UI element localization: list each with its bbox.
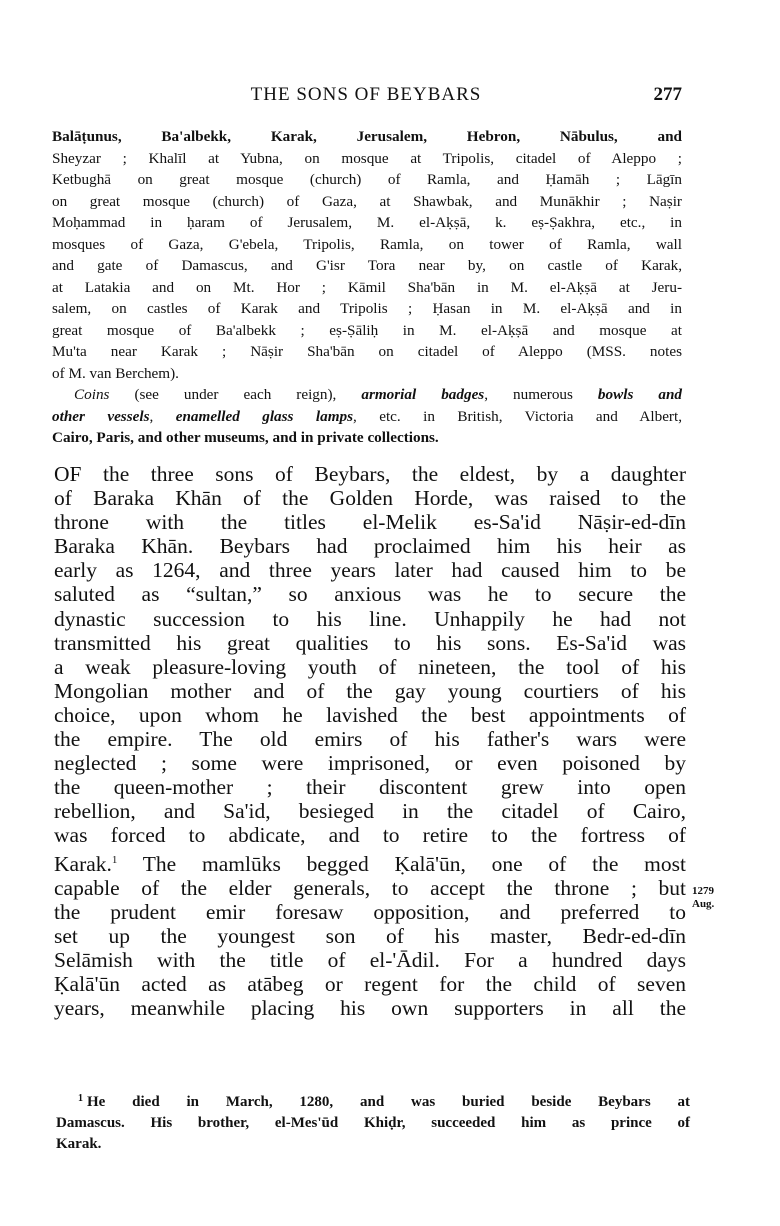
- body-line: saluted as “sultan,” so anxious was he t…: [54, 582, 686, 606]
- note-line: Ketbughā on great mosque (church) of Ram…: [52, 169, 682, 191]
- running-head: THE SONS OF BEYBARS 277: [50, 84, 682, 110]
- body-line: choice, upon whom he lavished the best a…: [54, 703, 686, 727]
- body-line: set up the youngest son of his master, B…: [54, 924, 686, 948]
- vessels-term: other vessels: [52, 408, 150, 425]
- footnote: 1He died in March, 1280, and was buried …: [56, 1088, 690, 1155]
- note-line: mosques of Gaza, G'ebela, Tripolis, Raml…: [52, 234, 682, 256]
- karak-rest-text: The mamlūks begged Ḳalā'ūn, one of the m…: [117, 852, 686, 876]
- margin-date-note: 1279 Aug.: [692, 885, 714, 911]
- bowls-term: bowls and: [598, 386, 682, 403]
- monuments-note: Balāṭunus, Ba'albekk, Karak, Jerusalem, …: [52, 126, 682, 449]
- note-line: at Latakia and on Mt. Hor ; Kāmil Sha'bā…: [52, 277, 682, 299]
- note-line: great mosque of Ba'albekk ; eṣ-Ṣāliḥ in …: [52, 320, 682, 342]
- body-line: throne with the titles el-Melik es-Sa'id…: [54, 510, 686, 534]
- body-line: Mongolian mother and of the gay young co…: [54, 679, 686, 703]
- body-line: Ḳalā'ūn acted as atābeg or regent for th…: [54, 972, 686, 996]
- footnote-text: He died in March, 1280, and was buried b…: [87, 1094, 690, 1110]
- body-line: of Baraka Khān of the Golden Horde, was …: [54, 486, 686, 510]
- note-line: Balāṭunus, Ba'albekk, Karak, Jerusalem, …: [52, 126, 682, 148]
- note-line: on great mosque (church) of Gaza, at Sha…: [52, 191, 682, 213]
- body-line: the queen-mother ; their discontent grew…: [54, 775, 686, 799]
- body-line: dynastic succession to his line. Unhappi…: [54, 607, 686, 631]
- body-line: transmitted his great qualities to his s…: [54, 631, 686, 655]
- footnote-line: Karak.: [56, 1134, 690, 1155]
- body-line: years, meanwhile placing his own support…: [54, 996, 686, 1020]
- coins-line: other vessels, enamelled glass lamps, et…: [52, 406, 682, 428]
- margin-month: Aug.: [692, 898, 714, 911]
- running-title: THE SONS OF BEYBARS: [50, 84, 682, 106]
- coins-line: Coins (see under each reign), armorial b…: [52, 384, 682, 406]
- margin-year: 1279: [692, 885, 714, 898]
- coins-text: (see under each reign),: [109, 386, 361, 403]
- note-line: salem, on castles of Karak and Tripolis …: [52, 298, 682, 320]
- body-line: early as 1264, and three years later had…: [54, 558, 686, 582]
- body-line: a weak pleasure-loving youth of nineteen…: [54, 655, 686, 679]
- note-line: of M. van Berchem).: [52, 363, 682, 385]
- page-number: 277: [654, 84, 683, 106]
- karak-text: Karak.: [54, 852, 112, 876]
- footnote-mark: 1: [78, 1093, 83, 1104]
- coins-text: , numerous: [484, 386, 598, 403]
- coins-text: , etc. in British, Victoria and Albert,: [353, 408, 682, 425]
- book-page: THE SONS OF BEYBARS 277 Balāṭunus, Ba'al…: [0, 0, 780, 1226]
- coins-term: Coins: [74, 386, 109, 403]
- body-line: neglected ; some were imprisoned, or eve…: [54, 751, 686, 775]
- body-line: Baraka Khān. Beybars had proclaimed him …: [54, 534, 686, 558]
- coins-line: Cairo, Paris, and other museums, and in …: [52, 427, 682, 449]
- body-line: capable of the elder generals, to accept…: [54, 876, 686, 900]
- note-line: and gate of Damascus, and G'isr Tora nea…: [52, 255, 682, 277]
- footnote-line: 1He died in March, 1280, and was buried …: [56, 1088, 690, 1113]
- note-line: Moḥammad in ḥaram of Jerusalem, M. el-Aḳ…: [52, 212, 682, 234]
- lamps-term: enamelled glass lamps: [176, 408, 353, 425]
- body-line: the prudent emir foresaw opposition, and…: [54, 900, 686, 924]
- body-line: the empire. The old emirs of his father'…: [54, 727, 686, 751]
- footnote-line: Damascus. His brother, el-Mes'ūd Khiḍr, …: [56, 1113, 690, 1134]
- body-line: was forced to abdicate, and to retire to…: [54, 823, 686, 847]
- badges-term: armorial badges: [361, 386, 484, 403]
- body-line: OF the three sons of Beybars, the eldest…: [54, 462, 686, 486]
- note-line: Mu'ta near Karak ; Nāṣir Sha'bān on cita…: [52, 341, 682, 363]
- body-line-karak: Karak.1 The mamlūks begged Ḳalā'ūn, one …: [54, 848, 686, 876]
- coins-text: ,: [150, 408, 176, 425]
- body-line: Selāmish with the title of el-'Ādil. For…: [54, 948, 686, 972]
- note-line: Sheyzar ; Khalīl at Yubna, on mosque at …: [52, 148, 682, 170]
- main-text: OF the three sons of Beybars, the eldest…: [54, 462, 686, 1020]
- body-line: rebellion, and Sa'id, besieged in the ci…: [54, 799, 686, 823]
